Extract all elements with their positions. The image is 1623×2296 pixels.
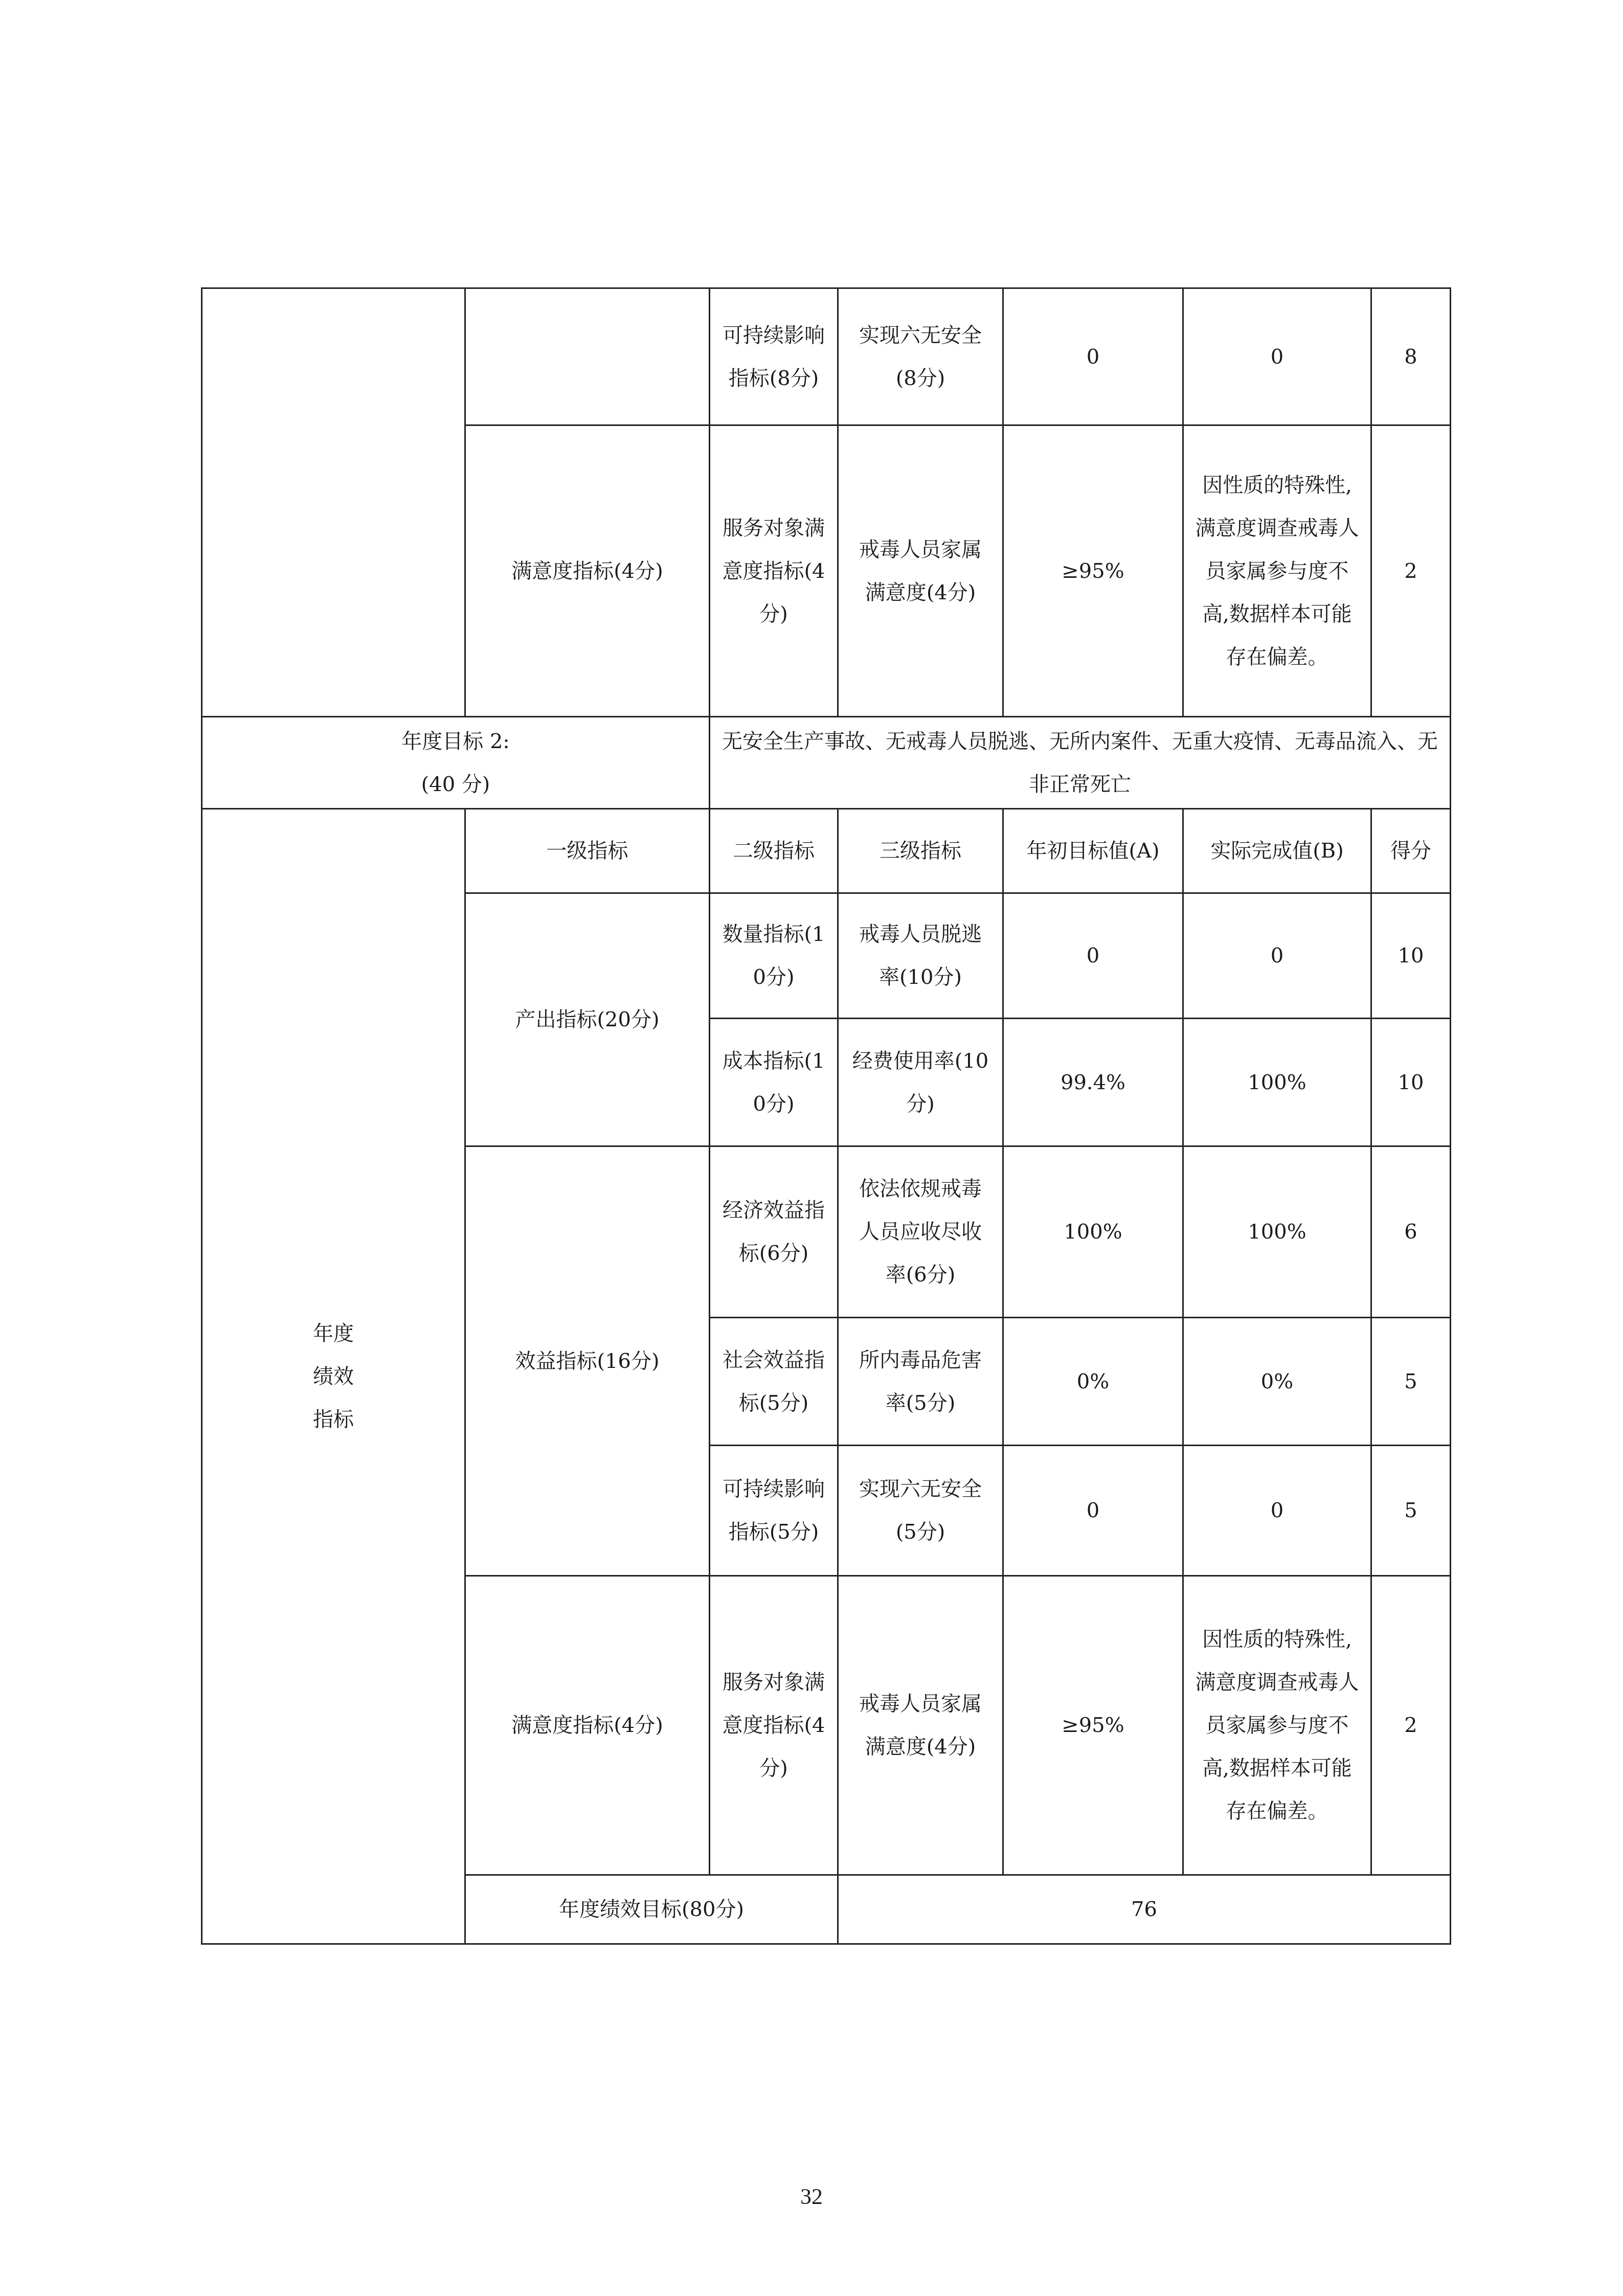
total-label: 年度绩效目标(80分) xyxy=(465,1875,838,1944)
goal-description: 无安全生产事故、无戒毒人员脱逃、无所内案件、无重大疫情、无毒品流入、无非正常死亡 xyxy=(710,717,1451,809)
document-page: 可持续影响指标(8分) 实现六无安全(8分) 0 0 8 满意度指标(4分) 服… xyxy=(0,0,1623,2296)
level1-cell: 满意度指标(4分) xyxy=(465,1576,710,1875)
actual-value-cell: 0% xyxy=(1183,1318,1371,1446)
level3-cell: 戒毒人员家属满意度(4分) xyxy=(838,425,1003,717)
score-cell: 2 xyxy=(1371,1576,1451,1875)
page-number: 32 xyxy=(0,2184,1623,2210)
header-target: 年初目标值(A) xyxy=(1003,809,1183,893)
target-value-cell: 99.4% xyxy=(1003,1019,1183,1146)
level2-cell: 可持续影响指标(5分) xyxy=(710,1446,838,1576)
level3-cell: 戒毒人员家属满意度(4分) xyxy=(838,1576,1003,1875)
header-level3: 三级指标 xyxy=(838,809,1003,893)
header-actual: 实际完成值(B) xyxy=(1183,809,1371,893)
score-cell: 5 xyxy=(1371,1446,1451,1576)
level2-cell: 数量指标(10分) xyxy=(710,893,838,1019)
score-cell: 6 xyxy=(1371,1146,1451,1318)
level3-cell: 经费使用率(10分) xyxy=(838,1019,1003,1146)
actual-value-cell: 因性质的特殊性,满意度调查戒毒人员家属参与度不高,数据样本可能存在偏差。 xyxy=(1183,1576,1371,1875)
level1-cell: 满意度指标(4分) xyxy=(465,425,710,717)
level3-cell: 戒毒人员脱逃率(10分) xyxy=(838,893,1003,1019)
target-value-cell: 0% xyxy=(1003,1318,1183,1446)
header-level1: 一级指标 xyxy=(465,809,710,893)
goal-row: 年度目标 2: (40 分) 无安全生产事故、无戒毒人员脱逃、无所内案件、无重大… xyxy=(202,717,1451,809)
goal-points: (40 分) xyxy=(214,763,697,806)
score-cell: 10 xyxy=(1371,1019,1451,1146)
score-cell: 2 xyxy=(1371,425,1451,717)
empty-section-cell xyxy=(202,288,465,717)
level2-cell: 服务对象满意度指标(4分) xyxy=(710,1576,838,1875)
section-label: 年度绩效指标 xyxy=(310,1312,356,1441)
header-row: 年度绩效指标 一级指标 二级指标 三级指标 年初目标值(A) 实际完成值(B) … xyxy=(202,809,1451,893)
target-value-cell: 100% xyxy=(1003,1146,1183,1318)
table-row: 可持续影响指标(8分) 实现六无安全(8分) 0 0 8 xyxy=(202,288,1451,425)
target-value-cell: 0 xyxy=(1003,893,1183,1019)
score-cell: 8 xyxy=(1371,288,1451,425)
target-value-cell: ≥95% xyxy=(1003,1576,1183,1875)
level2-cell: 社会效益指标(5分) xyxy=(710,1318,838,1446)
actual-value-cell: 100% xyxy=(1183,1019,1371,1146)
level3-cell: 所内毒品危害率(5分) xyxy=(838,1318,1003,1446)
level2-cell: 经济效益指标(6分) xyxy=(710,1146,838,1318)
level3-cell: 实现六无安全(8分) xyxy=(838,288,1003,425)
empty-level1-cell xyxy=(465,288,710,425)
header-score: 得分 xyxy=(1371,809,1451,893)
target-value-cell: ≥95% xyxy=(1003,425,1183,717)
goal-label: 年度目标 2: xyxy=(214,720,697,763)
header-level2: 二级指标 xyxy=(710,809,838,893)
level2-cell: 可持续影响指标(8分) xyxy=(710,288,838,425)
score-cell: 5 xyxy=(1371,1318,1451,1446)
target-value-cell: 0 xyxy=(1003,1446,1183,1576)
level3-cell: 实现六无安全(5分) xyxy=(838,1446,1003,1576)
actual-value-cell: 0 xyxy=(1183,893,1371,1019)
level2-cell: 服务对象满意度指标(4分) xyxy=(710,425,838,717)
actual-value-cell: 0 xyxy=(1183,1446,1371,1576)
level1-cell: 产出指标(20分) xyxy=(465,893,710,1146)
level1-cell: 效益指标(16分) xyxy=(465,1146,710,1576)
performance-table: 可持续影响指标(8分) 实现六无安全(8分) 0 0 8 满意度指标(4分) 服… xyxy=(201,287,1451,1945)
level2-cell: 成本指标(10分) xyxy=(710,1019,838,1146)
actual-value-cell: 0 xyxy=(1183,288,1371,425)
level3-cell: 依法依规戒毒人员应收尽收率(6分) xyxy=(838,1146,1003,1318)
target-value-cell: 0 xyxy=(1003,288,1183,425)
section-label-cell: 年度绩效指标 xyxy=(202,809,465,1944)
actual-value-cell: 因性质的特殊性,满意度调查戒毒人员家属参与度不高,数据样本可能存在偏差。 xyxy=(1183,425,1371,717)
total-value: 76 xyxy=(838,1875,1451,1944)
score-cell: 10 xyxy=(1371,893,1451,1019)
actual-value-cell: 100% xyxy=(1183,1146,1371,1318)
goal-label-cell: 年度目标 2: (40 分) xyxy=(202,717,710,809)
